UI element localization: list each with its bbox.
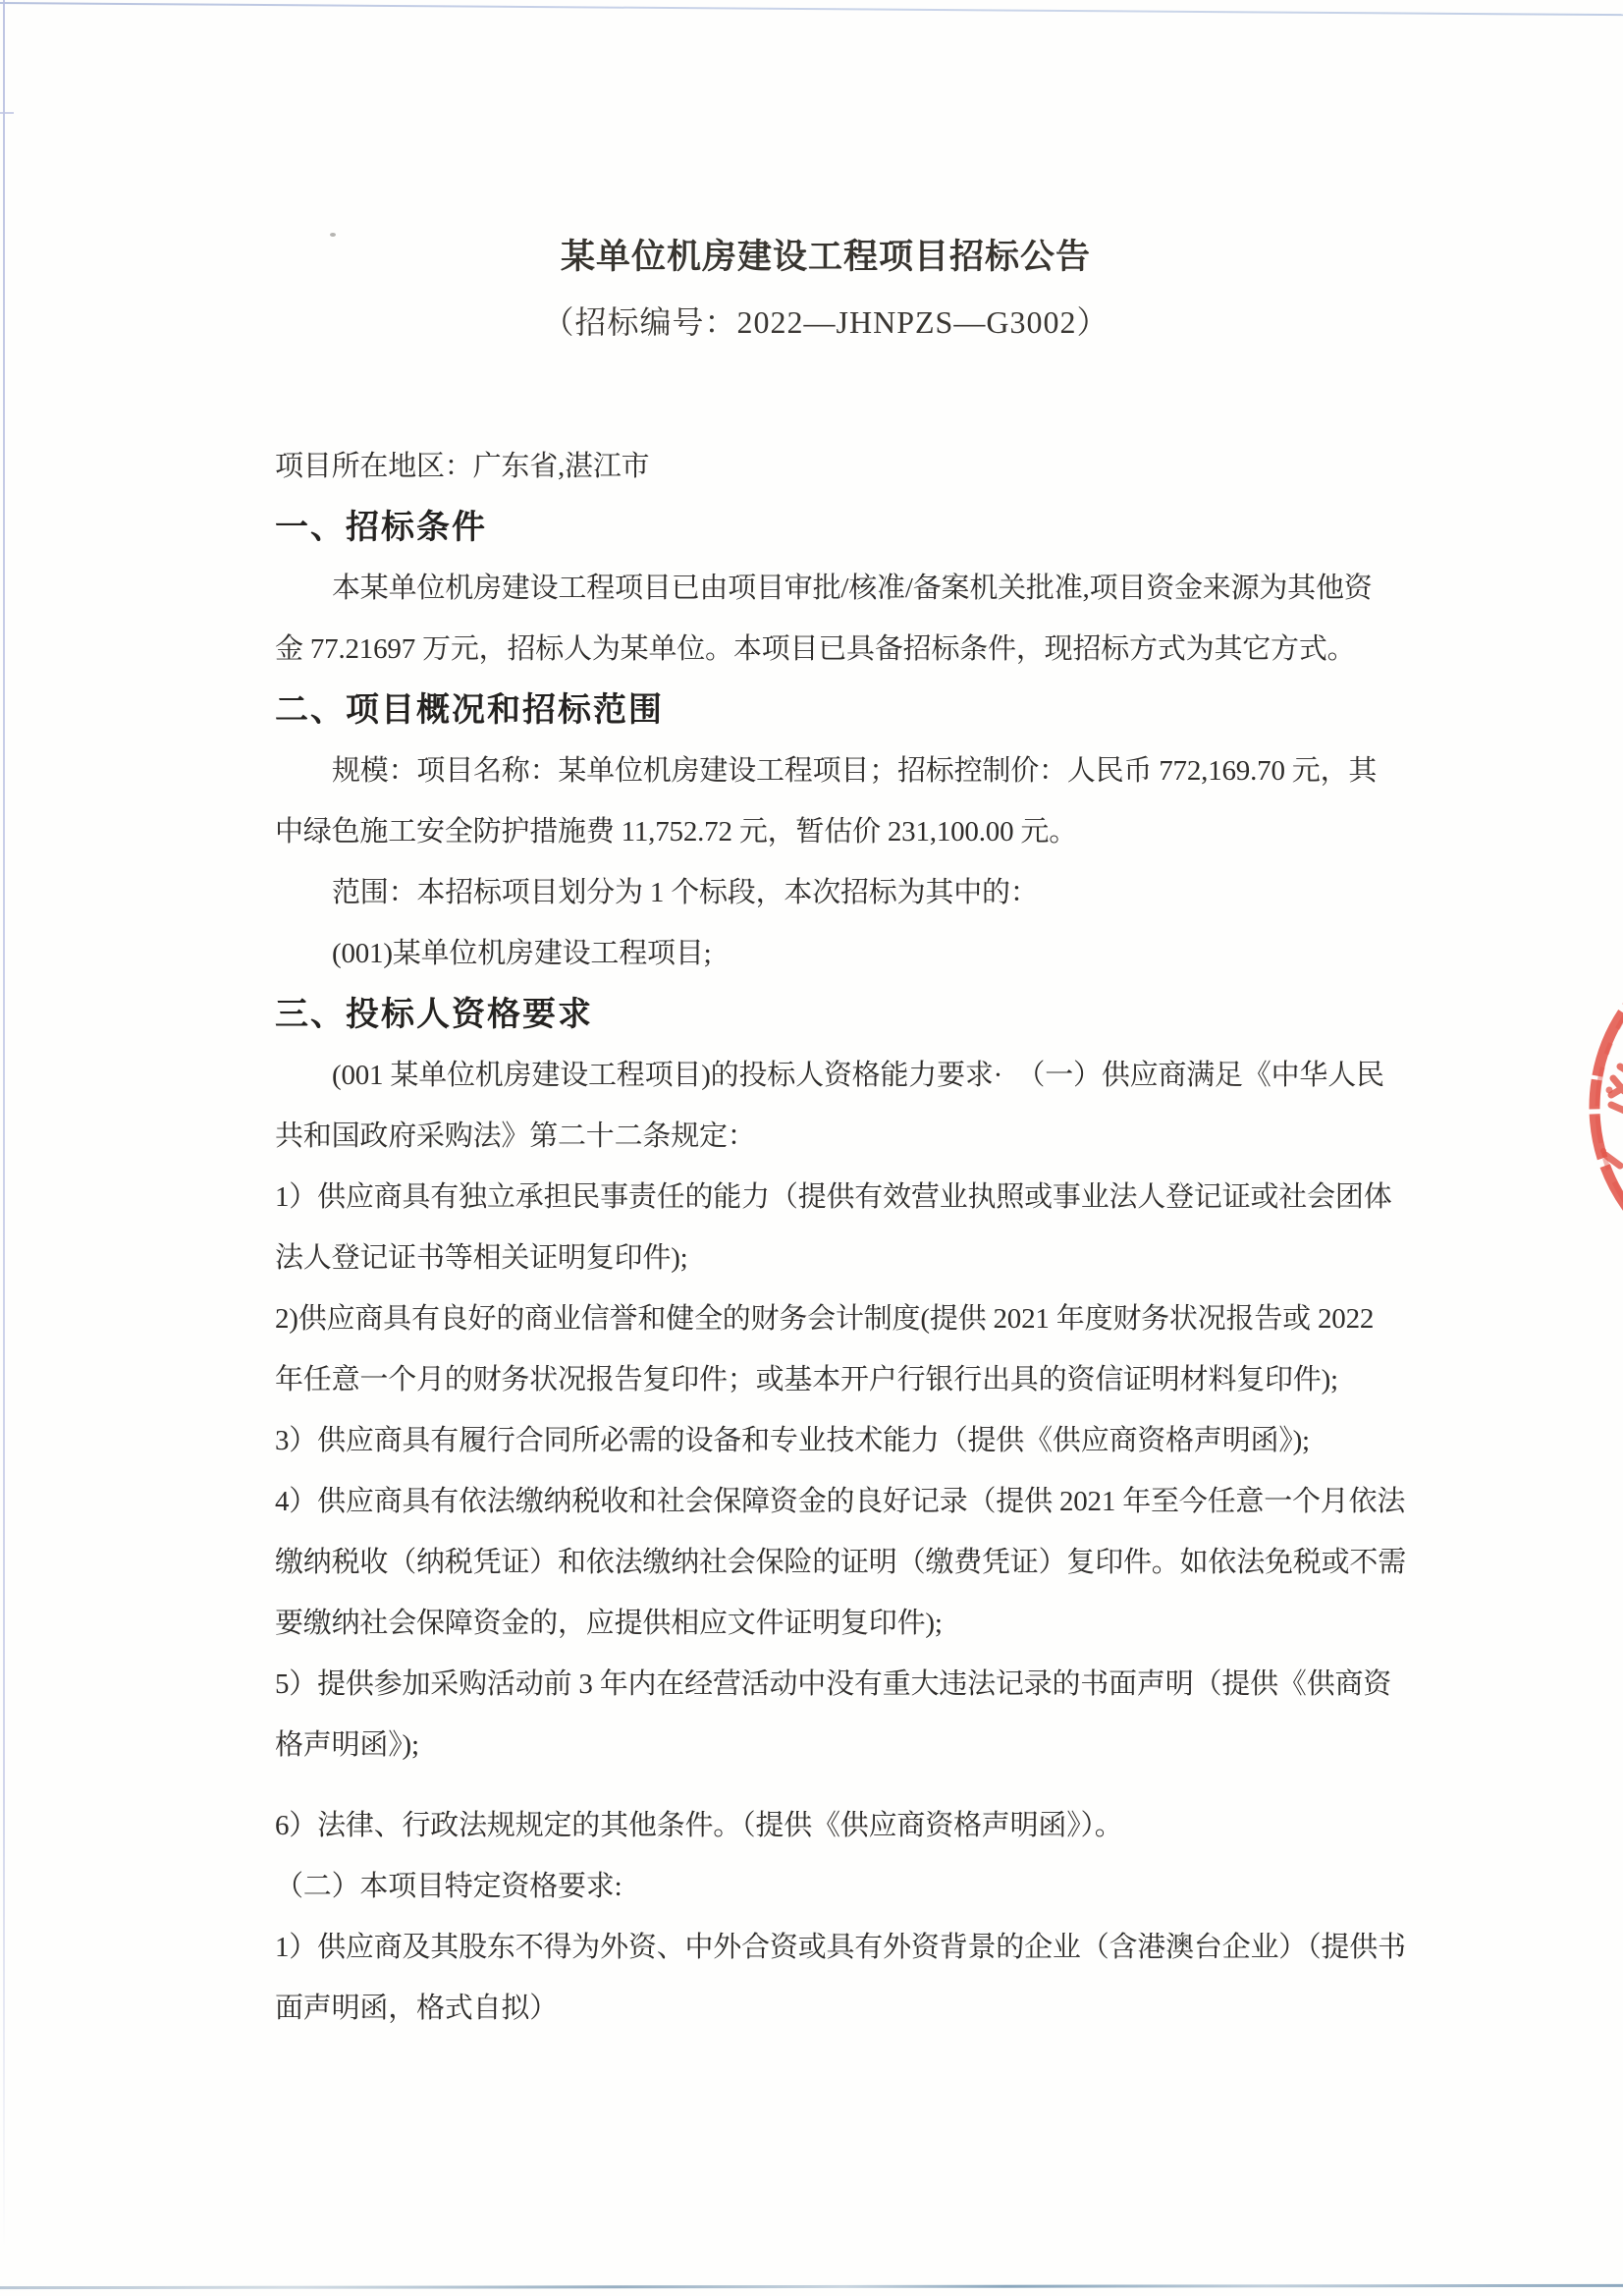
doc-line: 法人登记证书等相关证明复印件);	[275, 1228, 1377, 1288]
doc-line: 年任意一个月的财务状况报告复印件；或基本开户行银行出具的资信证明材料复印件);	[275, 1349, 1377, 1410]
doc-line: 格声明函》);	[275, 1715, 1377, 1776]
doc-line: 范围：本招标项目划分为 1 个标段，本次招标为其中的：	[275, 862, 1377, 923]
doc-line: （二）本项目特定资格要求:	[275, 1856, 1377, 1917]
doc-line: 1）供应商及其股东不得为外资、中外合资或具有外资背景的企业（含港澳台企业）（提供…	[275, 1917, 1377, 1978]
project-location-line: 项目所在地区：广东省,湛江市	[275, 436, 1377, 497]
scan-edge-bottom	[0, 2284, 1623, 2289]
doc-line: 规模：项目名称：某单位机房建设工程项目；招标控制价：人民币 772,169.70…	[275, 740, 1377, 801]
section-heading-2: 二、项目概况和招标范围	[275, 680, 1377, 740]
doc-line: 面声明函，格式自拟）	[275, 1978, 1377, 2039]
doc-line: (001 某单位机房建设工程项目)的投标人资格能力要求· （一）供应商满足《中华…	[275, 1045, 1377, 1106]
doc-line: 5）提供参加采购活动前 3 年内在经营活动中没有重大违法记录的书面声明（提供《供…	[275, 1654, 1377, 1715]
scan-edge-left	[3, 0, 5, 2251]
doc-line: 中绿色施工安全防护措施费 11,752.72 元，暂估价 231,100.00 …	[275, 801, 1377, 862]
document-title: 某单位机房建设工程项目招标公告	[275, 234, 1377, 281]
scan-edge-notch	[0, 112, 14, 114]
doc-line: 金 77.21697 万元，招标人为某单位。本项目已具备招标条件，现招标方式为其…	[275, 619, 1377, 680]
doc-line: 本某单位机房建设工程项目已由项目审批/核准/备案机关批准,项目资金来源为其他资	[275, 558, 1377, 619]
doc-line: 2)供应商具有良好的商业信誉和健全的财务会计制度(提供 2021 年度财务状况报…	[275, 1288, 1377, 1349]
document-body: 项目所在地区：广东省,湛江市 一、招标条件 本某单位机房建设工程项目已由项目审批…	[275, 436, 1377, 2039]
doc-line: 1）供应商具有独立承担民事责任的能力（提供有效营业执照或事业法人登记证或社会团体	[275, 1167, 1377, 1228]
scanned-document-page: 某单位机房建设工程项目招标公告 （招标编号：2022—JHNPZS—G3002）…	[0, 0, 1623, 2296]
red-seal-stamp	[1525, 931, 1623, 1285]
doc-line: 6）法律、行政法规规定的其他条件。（提供《供应商资格声明函》）。	[275, 1795, 1377, 1856]
doc-line: 3）供应商具有履行合同所必需的设备和专业技术能力（提供《供应商资格声明函》);	[275, 1410, 1377, 1471]
doc-line: 4）供应商具有依法缴纳税收和社会保障资金的良好记录（提供 2021 年至今任意一…	[275, 1471, 1377, 1532]
section-heading-1: 一、招标条件	[275, 497, 1377, 558]
doc-line: 要缴纳社会保障资金的，应提供相应文件证明复印件);	[275, 1593, 1377, 1654]
doc-line: 共和国政府采购法》第二十二条规定：	[275, 1106, 1377, 1167]
section-heading-3: 三、投标人资格要求	[275, 984, 1377, 1045]
document-content: 某单位机房建设工程项目招标公告 （招标编号：2022—JHNPZS—G3002）…	[275, 0, 1377, 2039]
tender-number-line: （招标编号：2022—JHNPZS—G3002）	[275, 299, 1377, 346]
doc-line: 缴纳税收（纳税凭证）和依法缴纳社会保险的证明（缴费凭证）复印件。如依法免税或不需	[275, 1532, 1377, 1593]
doc-line: (001)某单位机房建设工程项目;	[275, 923, 1377, 984]
